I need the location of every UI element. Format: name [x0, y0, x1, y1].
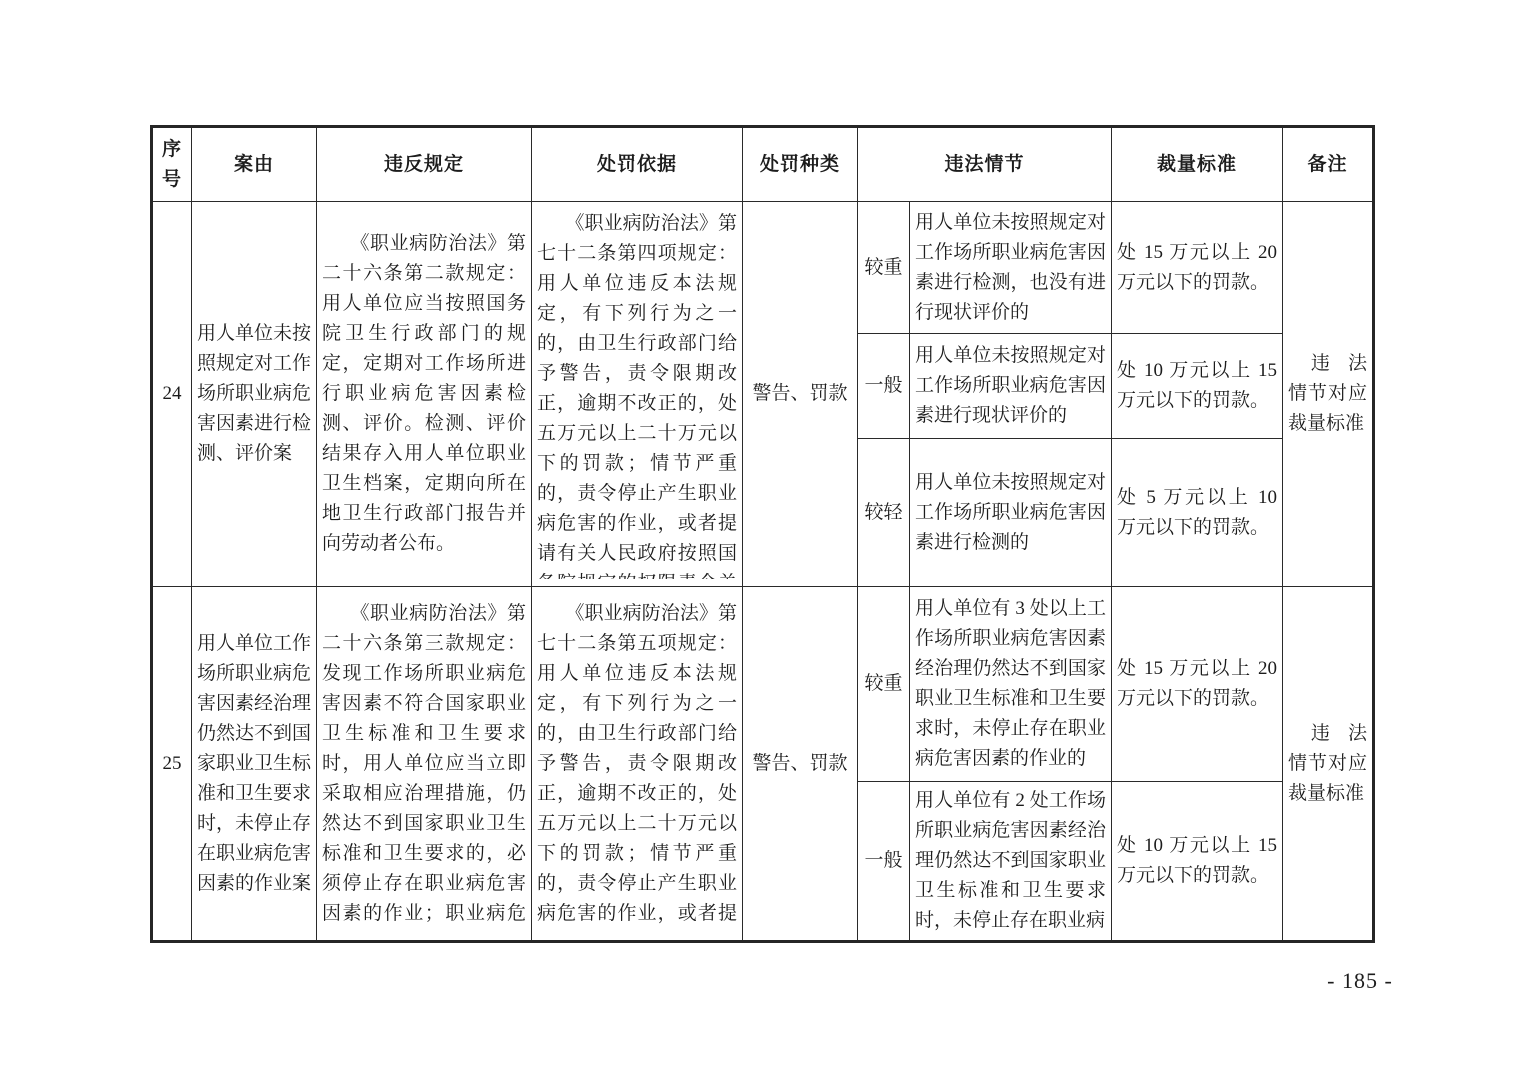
document-page: 序号 案由 违反规定 处罚依据 处罚种类 违法情节 裁量标准 备注 24 用人单… — [0, 0, 1520, 1074]
circumstance-description: 用人单位未按照规定对工作场所职业病危害因素进行现状评价的 — [910, 334, 1112, 439]
column-header-penalty-type: 处罚种类 — [743, 127, 858, 202]
discretion-standard: 处 15 万元以上 20 万元以下的罚款。 — [1112, 202, 1283, 334]
violation-text: 《职业病防治法》第二十六条第三款规定：发现工作场所职业病危害因素不符合国家职业卫… — [317, 587, 532, 942]
case-index: 25 — [152, 587, 192, 942]
table-row: 25 用人单位工作场所职业病危害因素经治理仍然达不到国家职业卫生标准和卫生要求时… — [152, 587, 1374, 782]
violation-text: 《职业病防治法》第二十六条第二款规定：用人单位应当按照国务院卫生行政部门的规定，… — [317, 202, 532, 587]
discretion-standard: 处 5 万元以上 10 万元以下的罚款。 — [1112, 439, 1283, 587]
basis-text: 《职业病防治法》第七十二条第五项规定：用人单位违反本法规定，有下列行为之一的，由… — [532, 587, 743, 942]
table-header-row: 序号 案由 违反规定 处罚依据 处罚种类 违法情节 裁量标准 备注 — [152, 127, 1374, 202]
severity-label: 较轻 — [858, 439, 910, 587]
discretion-standard: 处 15 万元以上 20 万元以下的罚款。 — [1112, 587, 1283, 782]
circumstance-description: 用人单位未按照规定对工作场所职业病危害因素进行检测的 — [910, 439, 1112, 587]
remark-text: 违法情节对应裁量标准 — [1283, 587, 1374, 942]
circumstance-description: 用人单位有 3 处以上工作场所职业病危害因素经治理仍然达不到国家职业卫生标准和卫… — [910, 587, 1112, 782]
basis-text-content: 《职业病防治法》第七十二条第五项规定：用人单位违反本法规定，有下列行为之一的，由… — [537, 599, 737, 929]
violation-text-content: 《职业病防治法》第二十六条第三款规定：发现工作场所职业病危害因素不符合国家职业卫… — [322, 599, 526, 929]
column-header-cause: 案由 — [192, 127, 317, 202]
basis-text-content: 《职业病防治法》第七十二条第四项规定：用人单位违反本法规定，有下列行为之一的，由… — [537, 209, 737, 579]
penalty-rules-table: 序号 案由 违反规定 处罚依据 处罚种类 违法情节 裁量标准 备注 24 用人单… — [150, 125, 1375, 943]
penalty-type: 警告、罚款 — [743, 202, 858, 587]
case-index: 24 — [152, 202, 192, 587]
circumstance-description: 用人单位未按照规定对工作场所职业病危害因素进行检测，也没有进行现状评价的 — [910, 202, 1112, 334]
severity-label: 较重 — [858, 202, 910, 334]
column-header-basis: 处罚依据 — [532, 127, 743, 202]
circumstance-description: 用人单位有 2 处工作场所职业病危害因素经治理仍然达不到国家职业卫生标准和卫生要… — [910, 782, 1112, 942]
page-number: - 185 - — [1300, 968, 1420, 994]
column-header-index: 序号 — [152, 127, 192, 202]
penalty-type: 警告、罚款 — [743, 587, 858, 942]
basis-text: 《职业病防治法》第七十二条第四项规定：用人单位违反本法规定，有下列行为之一的，由… — [532, 202, 743, 587]
severity-label: 一般 — [858, 782, 910, 942]
discretion-standard: 处 10 万元以上 15 万元以下的罚款。 — [1112, 334, 1283, 439]
severity-label: 一般 — [858, 334, 910, 439]
table-row: 24 用人单位未按照规定对工作场所职业病危害因素进行检测、评价案 《职业病防治法… — [152, 202, 1374, 334]
case-cause: 用人单位工作场所职业病危害因素经治理仍然达不到国家职业卫生标准和卫生要求时，未停… — [192, 587, 317, 942]
severity-label: 较重 — [858, 587, 910, 782]
column-header-remark: 备注 — [1283, 127, 1374, 202]
discretion-standard: 处 10 万元以上 15 万元以下的罚款。 — [1112, 782, 1283, 942]
remark-text: 违法情节对应裁量标准 — [1283, 202, 1374, 587]
column-header-violation: 违反规定 — [317, 127, 532, 202]
column-header-standard: 裁量标准 — [1112, 127, 1283, 202]
circumstance-description-content: 用人单位有 2 处工作场所职业病危害因素经治理仍然达不到国家职业卫生标准和卫生要… — [915, 786, 1106, 936]
case-cause: 用人单位未按照规定对工作场所职业病危害因素进行检测、评价案 — [192, 202, 317, 587]
column-header-circumstances: 违法情节 — [858, 127, 1112, 202]
